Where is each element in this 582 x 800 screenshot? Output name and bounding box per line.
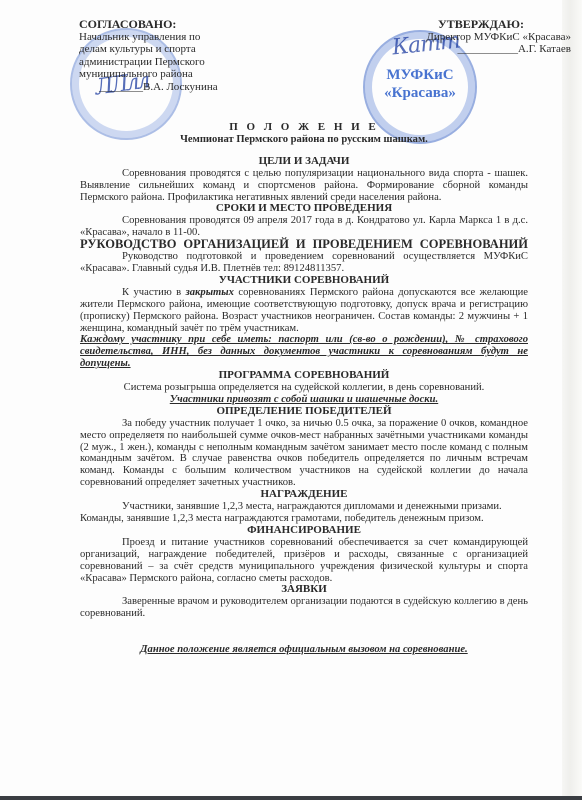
section-heading-financing: ФИНАНСИРОВАНИЕ [80,525,528,537]
section-text-participants: К участию в закрытых соревнованиях Пермс… [80,287,528,335]
approval-left-title: СОГЛАСОВАНО: [79,18,259,31]
documents-notice: Каждому участнику при себе иметь: паспор… [80,334,528,370]
document-body: П О Л О Ж Е Н И Е Чемпионат Пермского ра… [80,122,528,656]
approval-right-signatory: ___________А.Г. Катаев [371,43,571,56]
section-text-goals: Соревнования проводятся с целью популяри… [80,168,528,204]
section-heading-participants: УЧАСТНИКИ СОРЕВНОВАНИЙ [80,275,528,287]
section-text-dates: Соревнования проводятся 09 апреля 2017 г… [80,215,528,239]
emphasis-closed: закрытых [186,287,234,298]
page-edge [562,0,582,796]
approval-left-line: администрации Пермского [79,56,259,69]
section-text-financing: Проезд и питание участников соревнований… [80,537,528,585]
approval-block-left: СОГЛАСОВАНО: Начальник управления по дел… [79,18,259,93]
approval-block-right: УТВЕРЖДАЮ: Директор МУФКиС «Красава» ___… [371,18,571,56]
section-heading-applications: ЗАЯВКИ [80,584,528,596]
document-title: П О Л О Ж Е Н И Е [80,122,528,134]
document-subtitle: Чемпионат Пермского района по русским ша… [80,134,528,146]
section-heading-management: РУКОВОДСТВО ОРГАНИЗАЦИЕЙ И ПРОВЕДЕНИЕМ С… [80,239,528,251]
approval-left-line: делам культуры и спорта [79,43,259,56]
section-heading-awards: НАГРАЖДЕНИЕ [80,489,528,501]
approval-left-line: Начальник управления по [79,31,259,44]
section-text-applications: Заверенные врачом и руководителем органи… [80,596,528,620]
section-text-program: Система розыгрыша определяется на судейс… [80,382,528,394]
approval-right-line: Директор МУФКиС «Красава» [371,31,571,44]
section-heading-winners: ОПРЕДЕЛЕНИЕ ПОБЕДИТЕЛЕЙ [80,406,528,418]
approval-left-signatory: ________В.А. Лоскунина [79,81,259,94]
scan-bottom-strip [0,796,582,800]
approval-right-title: УТВЕРЖДАЮ: [371,18,571,31]
stamp-right-text: МУФКиС «Красава» [365,66,475,102]
section-text-awards-1: Участники, занявшие 1,2,3 места, награжд… [80,501,528,513]
section-heading-program: ПРОГРАММА СОРЕВНОВАНИЙ [80,370,528,382]
section-heading-goals: ЦЕЛИ И ЗАДАЧИ [80,156,528,168]
approval-left-line: муниципального района [79,68,259,81]
section-text-management: Руководство подготовкой и проведением со… [80,251,528,275]
section-heading-dates: СРОКИ И МЕСТО ПРОВЕДЕНИЯ [80,203,528,215]
official-call-note: Данное положение является официальным вы… [80,644,528,656]
section-text-winners: За победу участник получает 1 очко, за н… [80,418,528,489]
